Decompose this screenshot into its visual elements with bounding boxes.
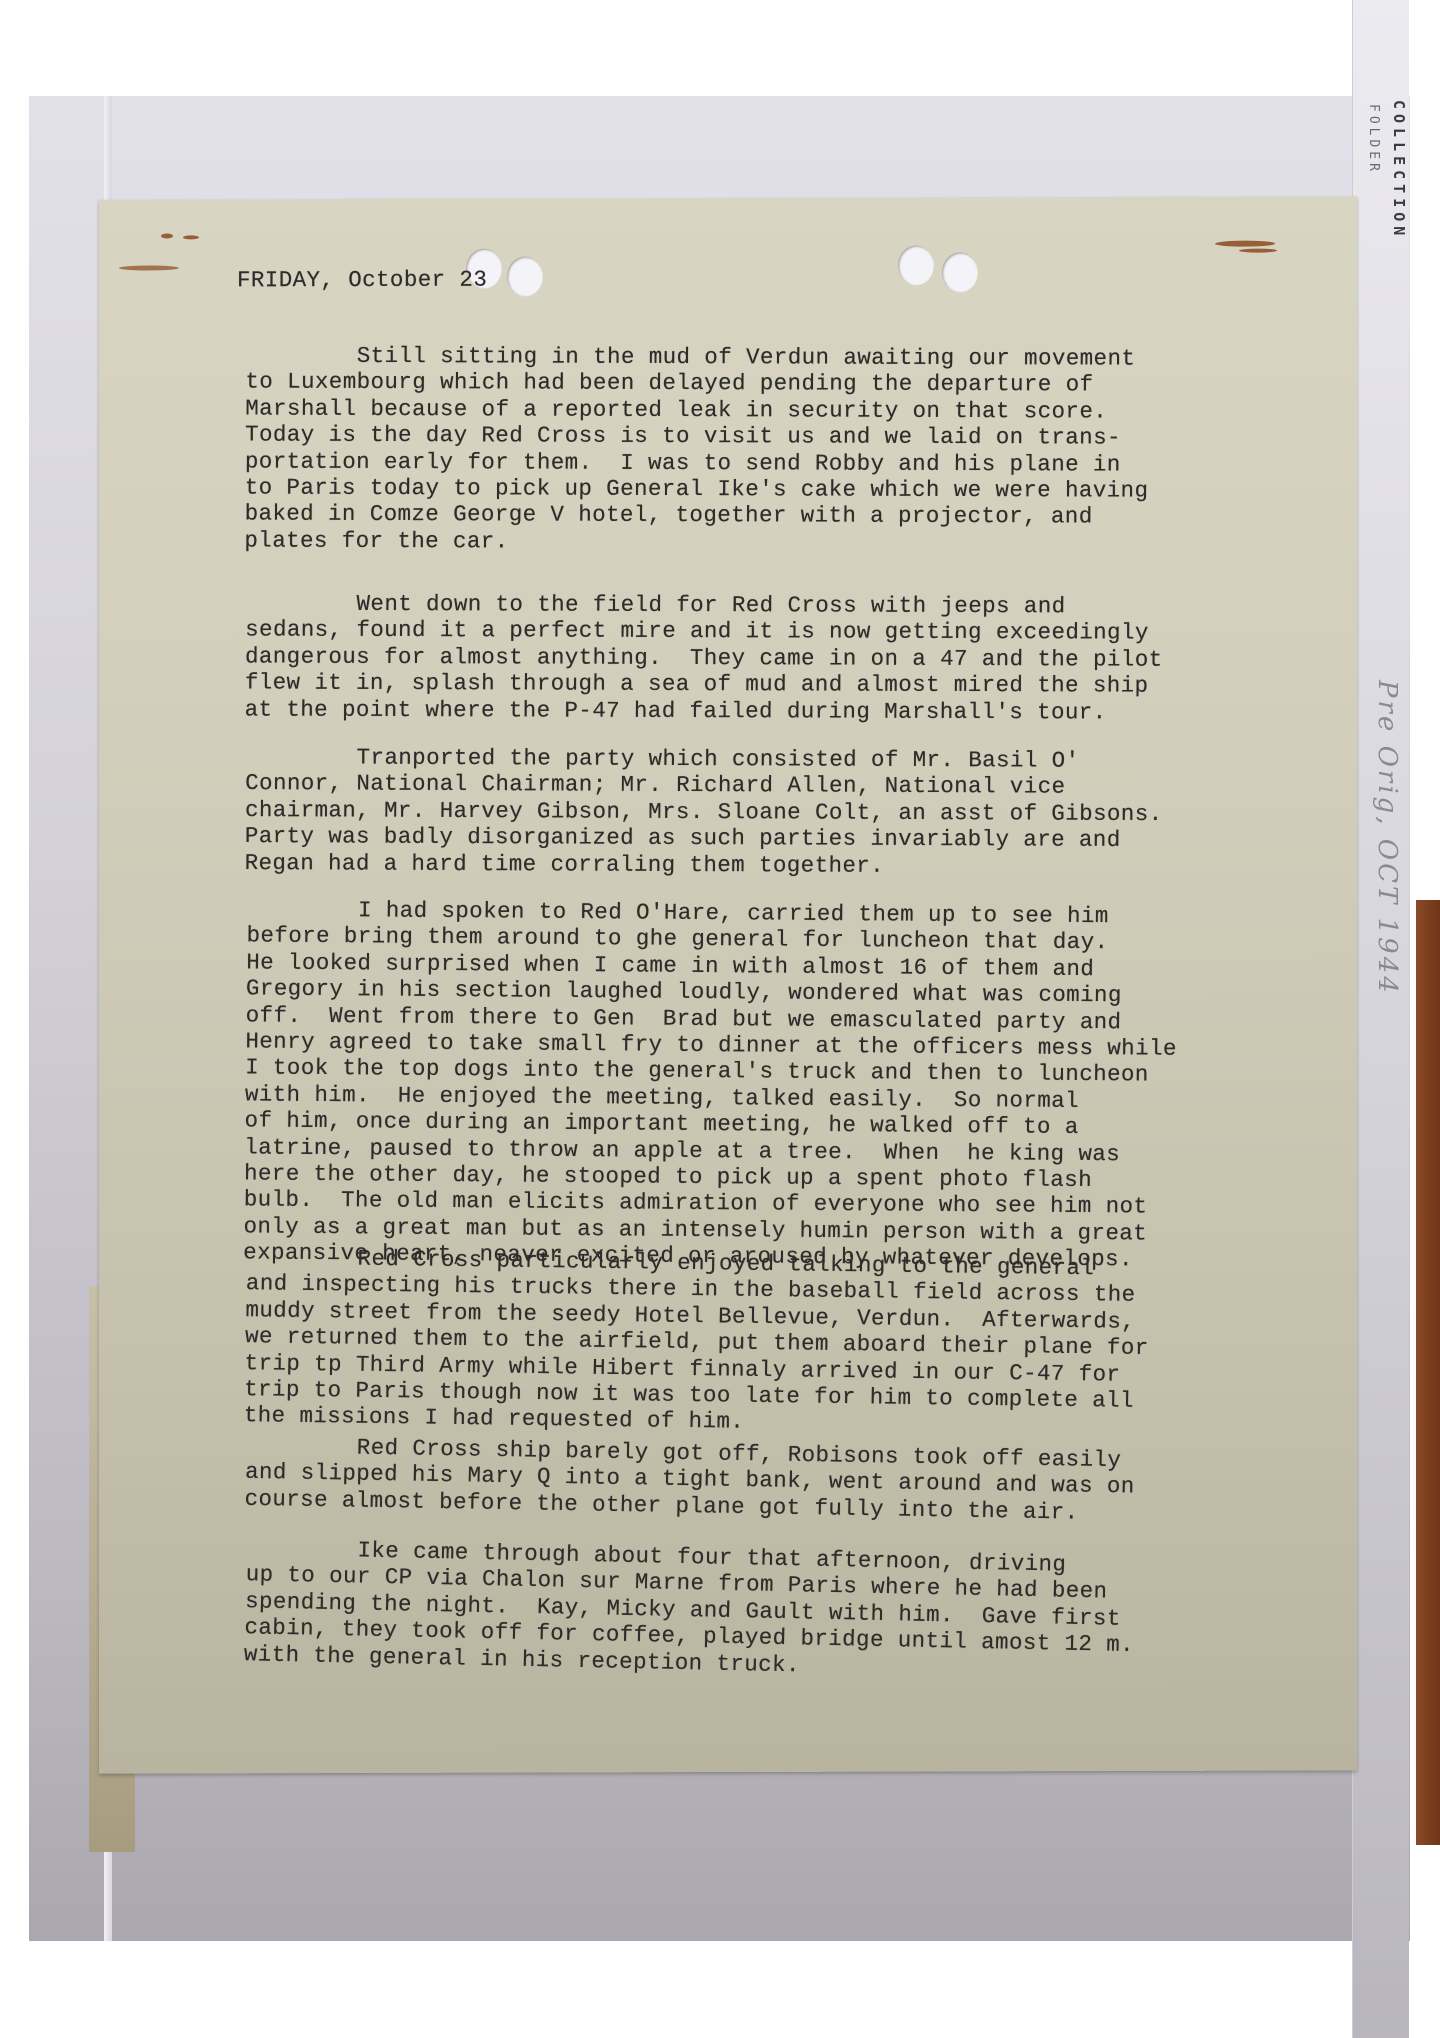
text-line: dangerous for almost anything. They came… — [245, 643, 1163, 673]
paragraph: Red Cross particularly enjoyed talking t… — [244, 1244, 1150, 1441]
punch-hole — [507, 256, 543, 296]
text-line: plates for the car. — [244, 527, 1148, 557]
text-line: Tranported the party which consisted of … — [245, 744, 1163, 774]
text-line: flew it in, splash through a sea of mud … — [245, 670, 1163, 700]
text-line: to Luxembourg which had been delayed pen… — [245, 369, 1149, 399]
rust-stain-mark — [1239, 249, 1277, 253]
collection-label: COLLECTION — [1390, 100, 1408, 240]
date-heading: FRIDAY, October 23 — [237, 267, 487, 294]
text-line: at the point where the P-47 had failed d… — [245, 696, 1163, 726]
paragraph: Still sitting in the mud of Verdun await… — [244, 343, 1149, 557]
typed-page: FRIDAY, October 23 Still sitting in the … — [99, 196, 1357, 1773]
text-line: to Paris today to pick up General Ike's … — [245, 475, 1149, 505]
text-line: Today is the day Red Cross is to visit u… — [245, 422, 1149, 452]
folder-label: FOLDER — [1366, 104, 1381, 175]
handwritten-annotation: Pre Orig, OCT 1944 — [1372, 680, 1402, 996]
paragraph: Went down to the field for Red Cross wit… — [245, 590, 1163, 725]
text-line: portation early for them. I was to send … — [245, 448, 1149, 478]
text-line: Marshall because of a reported leak in s… — [245, 395, 1149, 425]
text-line: Connor, National Chairman; Mr. Richard A… — [245, 770, 1163, 800]
text-line: baked in Comze George V hotel, together … — [245, 501, 1149, 531]
rust-stain-mark — [1215, 241, 1275, 247]
text-line: chairman, Mr. Harvey Gibson, Mrs. Sloane… — [245, 797, 1163, 827]
paragraph: I had spoken to Red O'Hare, carried them… — [243, 896, 1178, 1273]
text-line: Regan had a hard time corraling them tog… — [245, 850, 1163, 880]
punch-hole — [898, 245, 934, 285]
rust-stain-mark — [119, 265, 179, 270]
rust-stain-mark — [183, 235, 199, 239]
text-line: Went down to the field for Red Cross wit… — [245, 590, 1163, 620]
punch-hole — [942, 252, 978, 292]
archive-folder-sheet — [1352, 0, 1409, 2038]
rust-stain-mark — [161, 233, 173, 238]
text-line: Still sitting in the mud of Verdun await… — [245, 343, 1149, 373]
paragraph: Red Cross ship barely got off, Robisons … — [244, 1433, 1135, 1527]
text-line: Party was badly disorganized as such par… — [245, 823, 1163, 853]
paragraph: Tranported the party which consisted of … — [245, 744, 1163, 880]
text-line: sedans, found it a perfect mire and it i… — [245, 617, 1163, 647]
table-edge — [1416, 900, 1440, 1845]
paragraph: Ike came through about four that afterno… — [244, 1535, 1137, 1685]
